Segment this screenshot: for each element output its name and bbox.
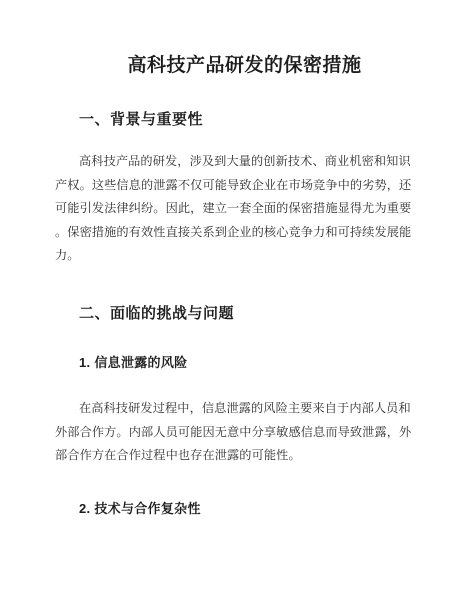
paragraph-line: 高科技产品的研发，涉及到大量的创新技术、商业机密和知识 [55, 150, 410, 174]
paragraph-line: 部合作方在合作过程中也存在泄露的可能性。 [55, 444, 410, 468]
paragraph-leak-risk: 在高科技研发过程中，信息泄露的风险主要来自于内部人员和 外部合作方。内部人员可能… [55, 397, 410, 468]
document-page: 高科技产品研发的保密措施 一、背景与重要性 高科技产品的研发，涉及到大量的创新技… [0, 0, 463, 600]
subsection-heading-tech-complexity: 2. 技术与合作复杂性 [55, 501, 410, 516]
section-heading-challenges: 二、面临的挑战与问题 [55, 305, 410, 322]
paragraph-background: 高科技产品的研发，涉及到大量的创新技术、商业机密和知识 产权。这些信息的泄露不仅… [55, 150, 410, 268]
paragraph-line: 可能引发法律纠纷。因此，建立一套全面的保密措施显得尤为重要 [55, 197, 410, 221]
paragraph-line: 在高科技研发过程中，信息泄露的风险主要来自于内部人员和 [55, 397, 410, 421]
paragraph-line: 。保密措施的有效性直接关系到企业的核心竞争力和可持续发展能 [55, 221, 410, 245]
subsection-heading-leak-risk: 1. 信息泄露的风险 [55, 355, 410, 370]
paragraph-line: 外部合作方。内部人员可能因无意中分享敏感信息而导致泄露，外 [55, 421, 410, 445]
document-content: 高科技产品研发的保密措施 一、背景与重要性 高科技产品的研发，涉及到大量的创新技… [0, 54, 463, 516]
paragraph-line: 力。 [55, 244, 410, 268]
paragraph-line: 产权。这些信息的泄露不仅可能导致企业在市场竞争中的劣势，还 [55, 174, 410, 198]
section-heading-background: 一、背景与重要性 [55, 111, 410, 128]
document-title: 高科技产品研发的保密措施 [55, 54, 410, 78]
